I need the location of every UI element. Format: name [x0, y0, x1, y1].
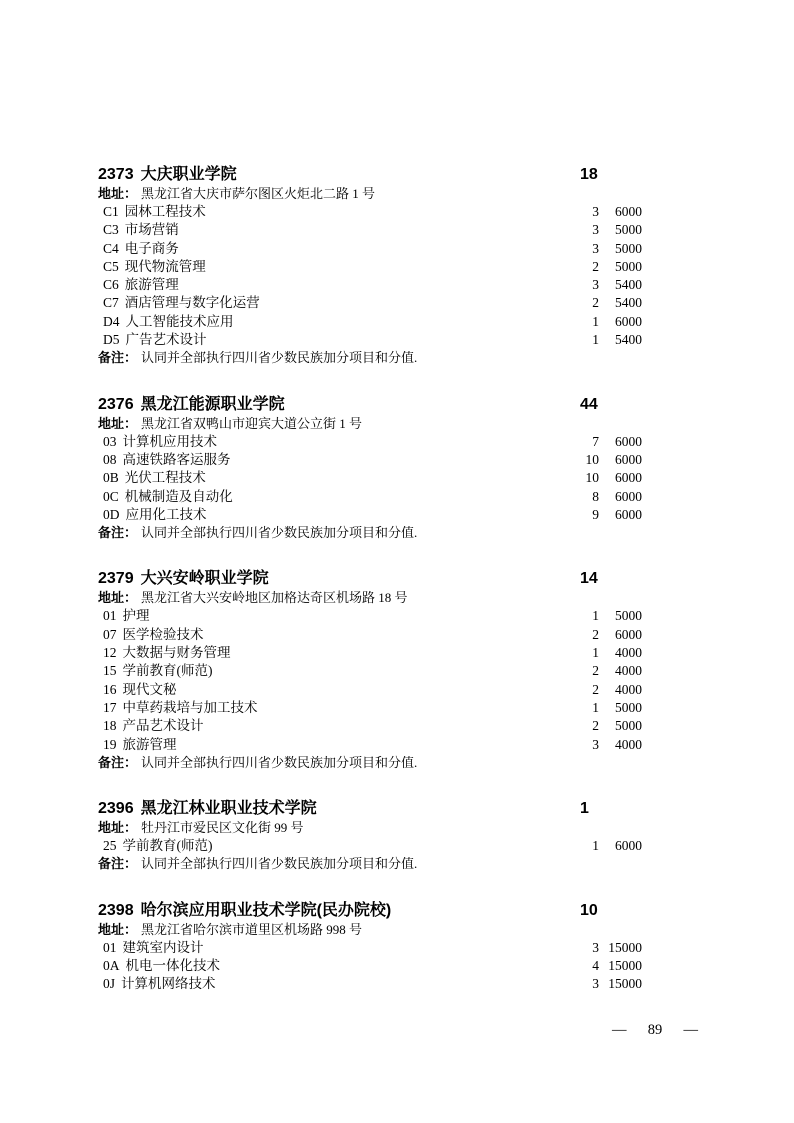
program-code: 0C	[103, 489, 119, 504]
address-value: 黑龙江省大庆市萨尔图区火炬北二路 1 号	[141, 186, 375, 201]
program-fee: 5400	[599, 294, 642, 312]
note-line: 备注：认同并全部执行四川省少数民族加分项目和分值.	[98, 855, 642, 873]
program-name: 计算机应用技术	[123, 434, 218, 449]
program-count: 1	[563, 313, 599, 331]
program-name: 机械制造及自动化	[125, 489, 233, 504]
program-row: C4电子商务 3 5000	[98, 240, 642, 258]
program-fee: 4000	[599, 662, 642, 680]
college-heading: 2373大庆职业学院 18	[98, 164, 642, 185]
program-row: D4人工智能技术应用 1 6000	[98, 313, 642, 331]
address-line: 地址：黑龙江省哈尔滨市道里区机场路 998 号	[98, 921, 642, 939]
program-count: 1	[563, 331, 599, 349]
program-count: 1	[563, 699, 599, 717]
program-count: 3	[563, 939, 599, 957]
program-fee: 15000	[599, 939, 642, 957]
program-code: 01	[103, 940, 117, 955]
footer-dash-left: —	[612, 1022, 627, 1039]
college-total-count: 10	[580, 900, 598, 921]
program-row: 01建筑室内设计 3 15000	[98, 939, 642, 957]
note-label: 备注：	[98, 755, 137, 770]
program-count: 2	[563, 626, 599, 644]
program-list: 03计算机应用技术 7 6000 08高速铁路客运服务 10 6000 0B光伏…	[98, 433, 642, 524]
program-fee: 5000	[599, 717, 642, 735]
program-name: 机电一体化技术	[126, 958, 221, 973]
college-heading: 2398哈尔滨应用职业技术学院(民办院校) 10	[98, 900, 642, 921]
note-value: 认同并全部执行四川省少数民族加分项目和分值.	[141, 856, 417, 871]
college-name: 黑龙江林业职业技术学院	[141, 800, 317, 817]
footer-dash-right: —	[684, 1022, 699, 1039]
program-row: 0J计算机网络技术 3 15000	[98, 975, 642, 993]
program-name: 旅游管理	[123, 737, 177, 752]
program-row: 12大数据与财务管理 1 4000	[98, 644, 642, 662]
program-code: 0B	[103, 470, 119, 485]
college-list: 2373大庆职业学院 18 地址：黑龙江省大庆市萨尔图区火炬北二路 1 号 C1…	[98, 164, 642, 1020]
program-fee: 6000	[599, 837, 642, 855]
note-label: 备注：	[98, 525, 137, 540]
note-value: 认同并全部执行四川省少数民族加分项目和分值.	[141, 525, 417, 540]
program-code: 07	[103, 627, 117, 642]
program-fee: 6000	[599, 488, 642, 506]
program-name: 学前教育(师范)	[123, 838, 213, 853]
program-name: 护理	[123, 608, 150, 623]
program-count: 2	[563, 662, 599, 680]
address-line: 地址：黑龙江省双鸭山市迎宾大道公立街 1 号	[98, 415, 642, 433]
document-page: 2373大庆职业学院 18 地址：黑龙江省大庆市萨尔图区火炬北二路 1 号 C1…	[0, 0, 794, 1123]
program-count: 7	[563, 433, 599, 451]
program-name: 市场营销	[125, 222, 179, 237]
program-count: 1	[563, 607, 599, 625]
program-name: 人工智能技术应用	[126, 314, 234, 329]
program-name: 现代文秘	[123, 682, 177, 697]
address-label: 地址：	[98, 590, 137, 605]
program-code: 03	[103, 434, 117, 449]
program-count: 3	[563, 203, 599, 221]
college-name: 哈尔滨应用职业技术学院(民办院校)	[141, 902, 392, 919]
college-heading: 2376黑龙江能源职业学院 44	[98, 394, 642, 415]
program-count: 4	[563, 957, 599, 975]
program-fee: 6000	[599, 469, 642, 487]
program-count: 10	[563, 451, 599, 469]
address-label: 地址：	[98, 820, 137, 835]
college-code: 2396	[98, 800, 134, 817]
program-code: 0J	[103, 976, 115, 991]
college-code: 2376	[98, 396, 134, 413]
college-code: 2398	[98, 902, 134, 919]
program-row: 0B光伏工程技术 10 6000	[98, 469, 642, 487]
program-row: 0C机械制造及自动化 8 6000	[98, 488, 642, 506]
program-name: 建筑室内设计	[123, 940, 204, 955]
program-name: 酒店管理与数字化运营	[125, 295, 260, 310]
program-code: C3	[103, 222, 119, 237]
college-section: 2396黑龙江林业职业技术学院 1 地址：牡丹江市爱民区文化街 99 号 25学…	[98, 798, 642, 874]
note-value: 认同并全部执行四川省少数民族加分项目和分值.	[141, 350, 417, 365]
program-count: 10	[563, 469, 599, 487]
program-fee: 5000	[599, 699, 642, 717]
program-count: 3	[563, 221, 599, 239]
program-fee: 5400	[599, 276, 642, 294]
college-section: 2398哈尔滨应用职业技术学院(民办院校) 10 地址：黑龙江省哈尔滨市道里区机…	[98, 900, 642, 994]
address-label: 地址：	[98, 416, 137, 431]
program-fee: 4000	[599, 681, 642, 699]
program-row: C3市场营销 3 5000	[98, 221, 642, 239]
program-list: 01建筑室内设计 3 15000 0A机电一体化技术 4 15000 0J计算机…	[98, 939, 642, 994]
college-total-count: 14	[580, 568, 598, 589]
college-code: 2379	[98, 570, 134, 587]
program-code: C5	[103, 259, 119, 274]
program-row: 19旅游管理 3 4000	[98, 736, 642, 754]
program-row: 01护理 1 5000	[98, 607, 642, 625]
program-list: 25学前教育(师范) 1 6000	[98, 837, 642, 855]
note-line: 备注：认同并全部执行四川省少数民族加分项目和分值.	[98, 754, 642, 772]
program-name: 高速铁路客运服务	[123, 452, 231, 467]
program-row: C6旅游管理 3 5400	[98, 276, 642, 294]
program-name: 医学检验技术	[123, 627, 204, 642]
program-name: 旅游管理	[125, 277, 179, 292]
college-heading: 2396黑龙江林业职业技术学院 1	[98, 798, 642, 819]
program-count: 2	[563, 258, 599, 276]
program-code: 12	[103, 645, 117, 660]
program-fee: 6000	[599, 313, 642, 331]
program-fee: 6000	[599, 203, 642, 221]
program-fee: 15000	[599, 957, 642, 975]
program-count: 1	[563, 837, 599, 855]
program-code: 18	[103, 718, 117, 733]
program-fee: 5000	[599, 240, 642, 258]
program-row: 03计算机应用技术 7 6000	[98, 433, 642, 451]
program-name: 光伏工程技术	[125, 470, 206, 485]
note-value: 认同并全部执行四川省少数民族加分项目和分值.	[141, 755, 417, 770]
address-value: 牡丹江市爱民区文化街 99 号	[141, 820, 304, 835]
address-value: 黑龙江省哈尔滨市道里区机场路 998 号	[141, 922, 362, 937]
program-name: 电子商务	[125, 241, 179, 256]
program-code: 25	[103, 838, 117, 853]
program-row: 17中草药栽培与加工技术 1 5000	[98, 699, 642, 717]
program-row: C5现代物流管理 2 5000	[98, 258, 642, 276]
college-name: 大庆职业学院	[141, 166, 237, 183]
program-fee: 6000	[599, 451, 642, 469]
college-section: 2376黑龙江能源职业学院 44 地址：黑龙江省双鸭山市迎宾大道公立街 1 号 …	[98, 394, 642, 543]
college-section: 2373大庆职业学院 18 地址：黑龙江省大庆市萨尔图区火炬北二路 1 号 C1…	[98, 164, 642, 368]
address-value: 黑龙江省大兴安岭地区加格达奇区机场路 18 号	[141, 590, 408, 605]
program-count: 8	[563, 488, 599, 506]
program-count: 1	[563, 644, 599, 662]
program-row: 08高速铁路客运服务 10 6000	[98, 451, 642, 469]
program-fee: 5000	[599, 258, 642, 276]
address-line: 地址：黑龙江省大兴安岭地区加格达奇区机场路 18 号	[98, 589, 642, 607]
program-count: 3	[563, 975, 599, 993]
program-row: 16现代文秘 2 4000	[98, 681, 642, 699]
program-code: 19	[103, 737, 117, 752]
program-count: 2	[563, 294, 599, 312]
program-fee: 5000	[599, 607, 642, 625]
address-value: 黑龙江省双鸭山市迎宾大道公立街 1 号	[141, 416, 362, 431]
program-row: 07医学检验技术 2 6000	[98, 626, 642, 644]
college-section: 2379大兴安岭职业学院 14 地址：黑龙江省大兴安岭地区加格达奇区机场路 18…	[98, 568, 642, 772]
program-code: C1	[103, 204, 119, 219]
program-name: 应用化工技术	[126, 507, 207, 522]
note-label: 备注：	[98, 350, 137, 365]
program-row: 0A机电一体化技术 4 15000	[98, 957, 642, 975]
page-footer: — 89 —	[612, 1022, 698, 1039]
note-line: 备注：认同并全部执行四川省少数民族加分项目和分值.	[98, 349, 642, 367]
address-label: 地址：	[98, 186, 137, 201]
program-row: C7酒店管理与数字化运营 2 5400	[98, 294, 642, 312]
note-line: 备注：认同并全部执行四川省少数民族加分项目和分值.	[98, 524, 642, 542]
address-line: 地址：黑龙江省大庆市萨尔图区火炬北二路 1 号	[98, 185, 642, 203]
program-count: 2	[563, 681, 599, 699]
program-code: 0D	[103, 507, 120, 522]
program-fee: 4000	[599, 736, 642, 754]
program-count: 3	[563, 240, 599, 258]
program-name: 产品艺术设计	[123, 718, 204, 733]
program-code: D5	[103, 332, 120, 347]
page-number: 89	[648, 1022, 663, 1039]
program-fee: 4000	[599, 644, 642, 662]
college-name: 大兴安岭职业学院	[141, 570, 269, 587]
program-row: 0D应用化工技术 9 6000	[98, 506, 642, 524]
program-code: C7	[103, 295, 119, 310]
college-total-count: 18	[580, 164, 598, 185]
address-label: 地址：	[98, 922, 137, 937]
program-row: 18产品艺术设计 2 5000	[98, 717, 642, 735]
program-fee: 6000	[599, 433, 642, 451]
program-row: C1园林工程技术 3 6000	[98, 203, 642, 221]
program-name: 学前教育(师范)	[123, 663, 213, 678]
program-code: 01	[103, 608, 117, 623]
program-list: C1园林工程技术 3 6000 C3市场营销 3 5000 C4电子商务 3 5…	[98, 203, 642, 349]
program-count: 3	[563, 276, 599, 294]
program-code: C4	[103, 241, 119, 256]
program-name: 广告艺术设计	[126, 332, 207, 347]
college-name: 黑龙江能源职业学院	[141, 396, 285, 413]
program-count: 2	[563, 717, 599, 735]
program-fee: 5400	[599, 331, 642, 349]
program-list: 01护理 1 5000 07医学检验技术 2 6000 12大数据与财务管理 1…	[98, 607, 642, 753]
college-heading: 2379大兴安岭职业学院 14	[98, 568, 642, 589]
program-count: 3	[563, 736, 599, 754]
program-code: 15	[103, 663, 117, 678]
program-code: C6	[103, 277, 119, 292]
note-label: 备注：	[98, 856, 137, 871]
program-code: 08	[103, 452, 117, 467]
program-row: 25学前教育(师范) 1 6000	[98, 837, 642, 855]
program-name: 计算机网络技术	[121, 976, 216, 991]
program-fee: 6000	[599, 626, 642, 644]
program-code: D4	[103, 314, 120, 329]
program-row: 15学前教育(师范) 2 4000	[98, 662, 642, 680]
program-fee: 6000	[599, 506, 642, 524]
college-code: 2373	[98, 166, 134, 183]
program-code: 17	[103, 700, 117, 715]
program-row: D5广告艺术设计 1 5400	[98, 331, 642, 349]
program-name: 大数据与财务管理	[123, 645, 231, 660]
program-code: 16	[103, 682, 117, 697]
program-name: 中草药栽培与加工技术	[123, 700, 258, 715]
college-total-count: 1	[580, 798, 589, 819]
address-line: 地址：牡丹江市爱民区文化街 99 号	[98, 819, 642, 837]
program-count: 9	[563, 506, 599, 524]
program-name: 园林工程技术	[125, 204, 206, 219]
program-code: 0A	[103, 958, 120, 973]
program-fee: 15000	[599, 975, 642, 993]
program-fee: 5000	[599, 221, 642, 239]
program-name: 现代物流管理	[125, 259, 206, 274]
college-total-count: 44	[580, 394, 598, 415]
